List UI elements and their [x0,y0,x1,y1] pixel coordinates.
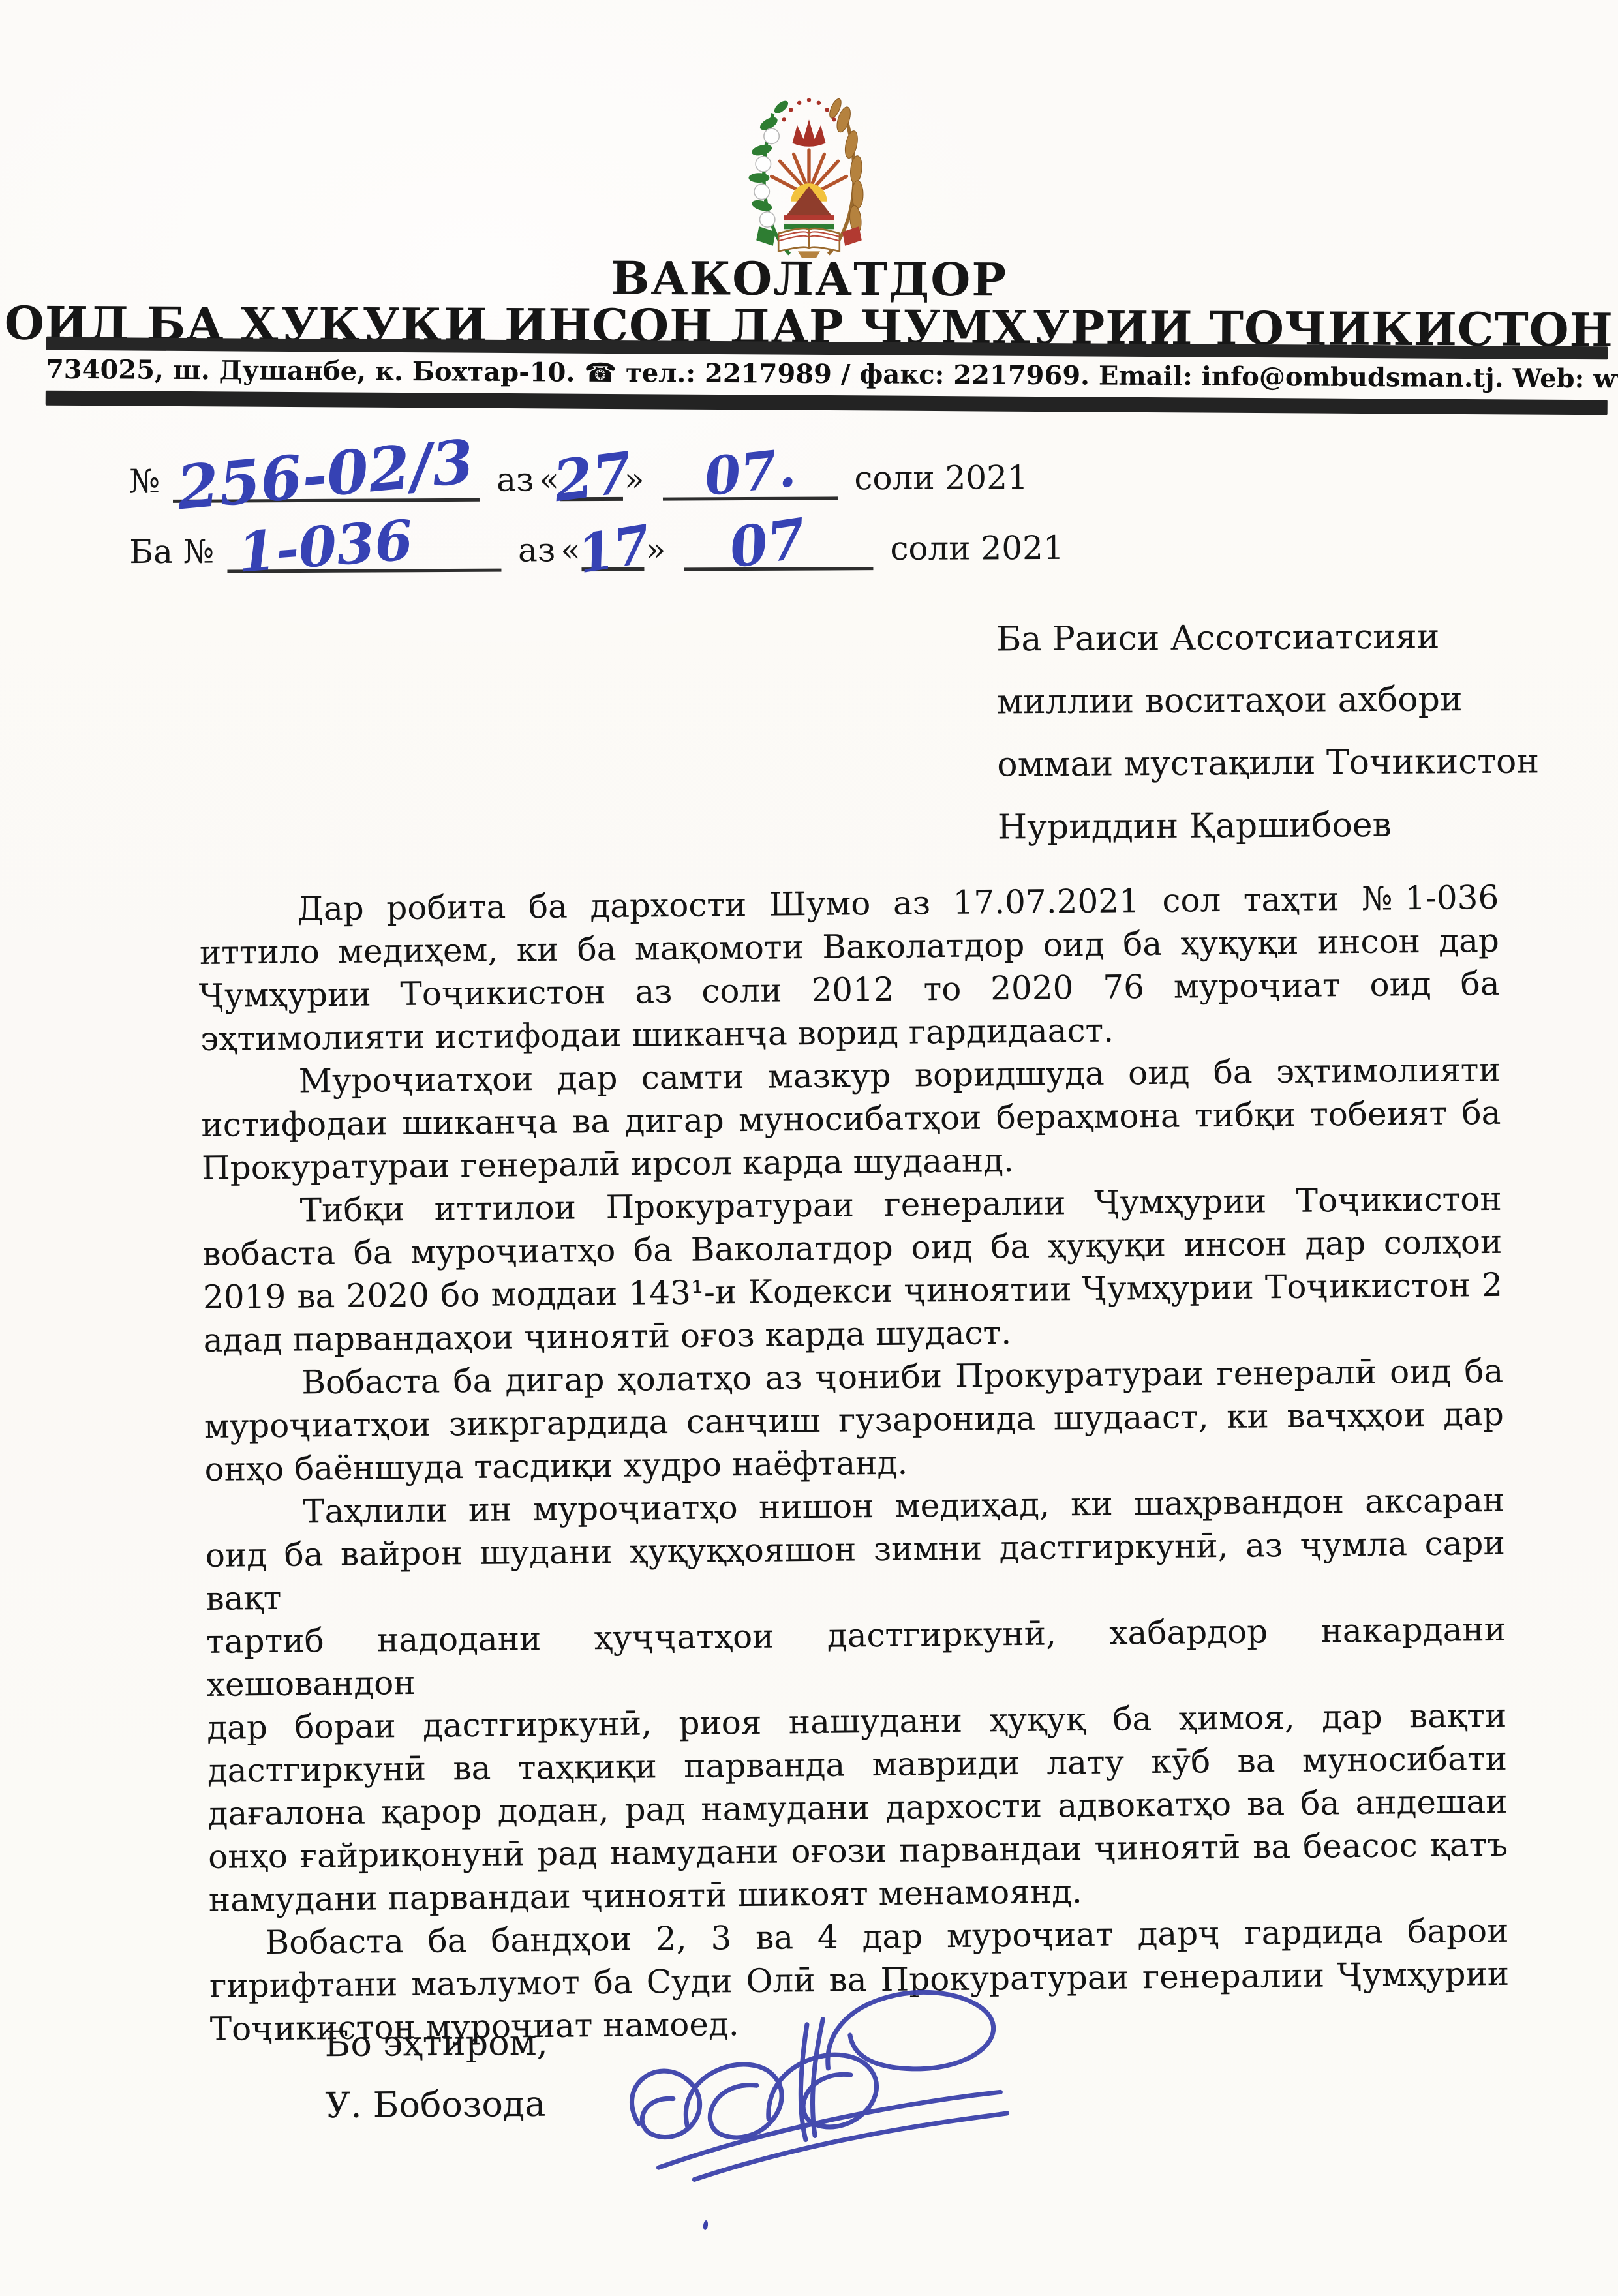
body-line: тартиб надодани ҳуҷҷатҳои дастгиркунӣ, х… [206,1608,1506,1706]
outgoing-month-blank: 07. [662,456,837,500]
incoming-number-handwritten: 1-036 [236,517,414,576]
paragraph: Дар робита ба дархости Шумо аз 17.07.202… [199,876,1500,1061]
recipient-block: Ба Раиси Ассотсиатсияи миллии воситаҳои … [996,605,1540,858]
tajikistan-state-emblem [724,83,894,258]
outgoing-month-handwritten: 07. [702,446,797,500]
outgoing-number-blank: 256-02/3 [173,458,480,503]
stray-ink-dot [703,2220,709,2231]
incoming-year-label: соли 2021 [890,529,1068,570]
incoming-reference-row: Ба № 1-036 аз « 17 » 07 соли 2021 [129,499,1068,573]
paragraph: Муроҷиатҳои дар самти мазкур воридшуда о… [201,1048,1502,1190]
incoming-number-label: Ба № [129,533,218,574]
quote-close: » [623,461,646,501]
letter-body: Дар робита ба дархости Шумо аз 17.07.202… [199,876,1510,2051]
signer-name: У. Бобозода [325,2074,549,2136]
closing-block: Бо эҳтиром, У. Бобозода [324,2012,548,2136]
az-label: аз [496,461,538,501]
outgoing-reference-row: № 256-02/3 аз « 27 » 07. соли 2021 [129,429,1068,503]
outgoing-year-label: соли 2021 [854,459,1032,500]
quote-open: « [538,461,560,501]
recipient-line: оммаи мустақили Точикистон [997,730,1539,796]
signature-graphic [595,1967,1026,2183]
incoming-month-handwritten: 07 [727,514,809,571]
closing-salutation: Бо эҳтиром, [324,2012,548,2075]
reference-block: № 256-02/3 аз « 27 » 07. соли 2021 Ба № … [129,429,1068,573]
az-label: аз [518,531,559,571]
recipient-line: Ба Раиси Ассотсиатсияи [996,605,1538,671]
incoming-day-blank: 17 [582,527,645,571]
incoming-number-blank: 1-036 [227,528,501,573]
paragraph: Тибқи иттилои Прокуратураи генералии Ҷум… [202,1177,1503,1362]
body-line: оид ба вайрон шудани ҳуқуқҳояшон зимни д… [206,1522,1506,1620]
paragraph: Таҳлили ин муроҷиатҳо нишон медиҳад, ки … [205,1479,1508,1922]
quote-close: » [645,531,667,571]
recipient-line: миллии воситаҳои ахбори [996,667,1538,733]
scanned-letter-page: ВАКОЛАТДОР ОИД БА ҲУҚУҚИ ИНСОН ДАР ҶУМҲУ… [0,0,1618,2296]
emblem-graphic [724,83,894,258]
quote-open: « [559,531,582,571]
recipient-line: Нуриддин Қаршибоев [998,793,1540,858]
incoming-month-blank: 07 [684,526,873,571]
outgoing-day-blank: 27 [560,457,623,501]
incoming-day-handwritten: 17 [575,521,654,577]
handwritten-ink-signature [595,1967,1026,2183]
outgoing-day-handwritten: 27 [551,449,635,506]
paragraph: Вобаста ба дигар ҳолатҳо аз ҷониби Проку… [204,1350,1504,1491]
outgoing-number-label: № [129,462,164,503]
letterhead-rules: 734025, ш. Душанбе, к. Бохтар-10. ☎ тел.… [46,337,1608,415]
